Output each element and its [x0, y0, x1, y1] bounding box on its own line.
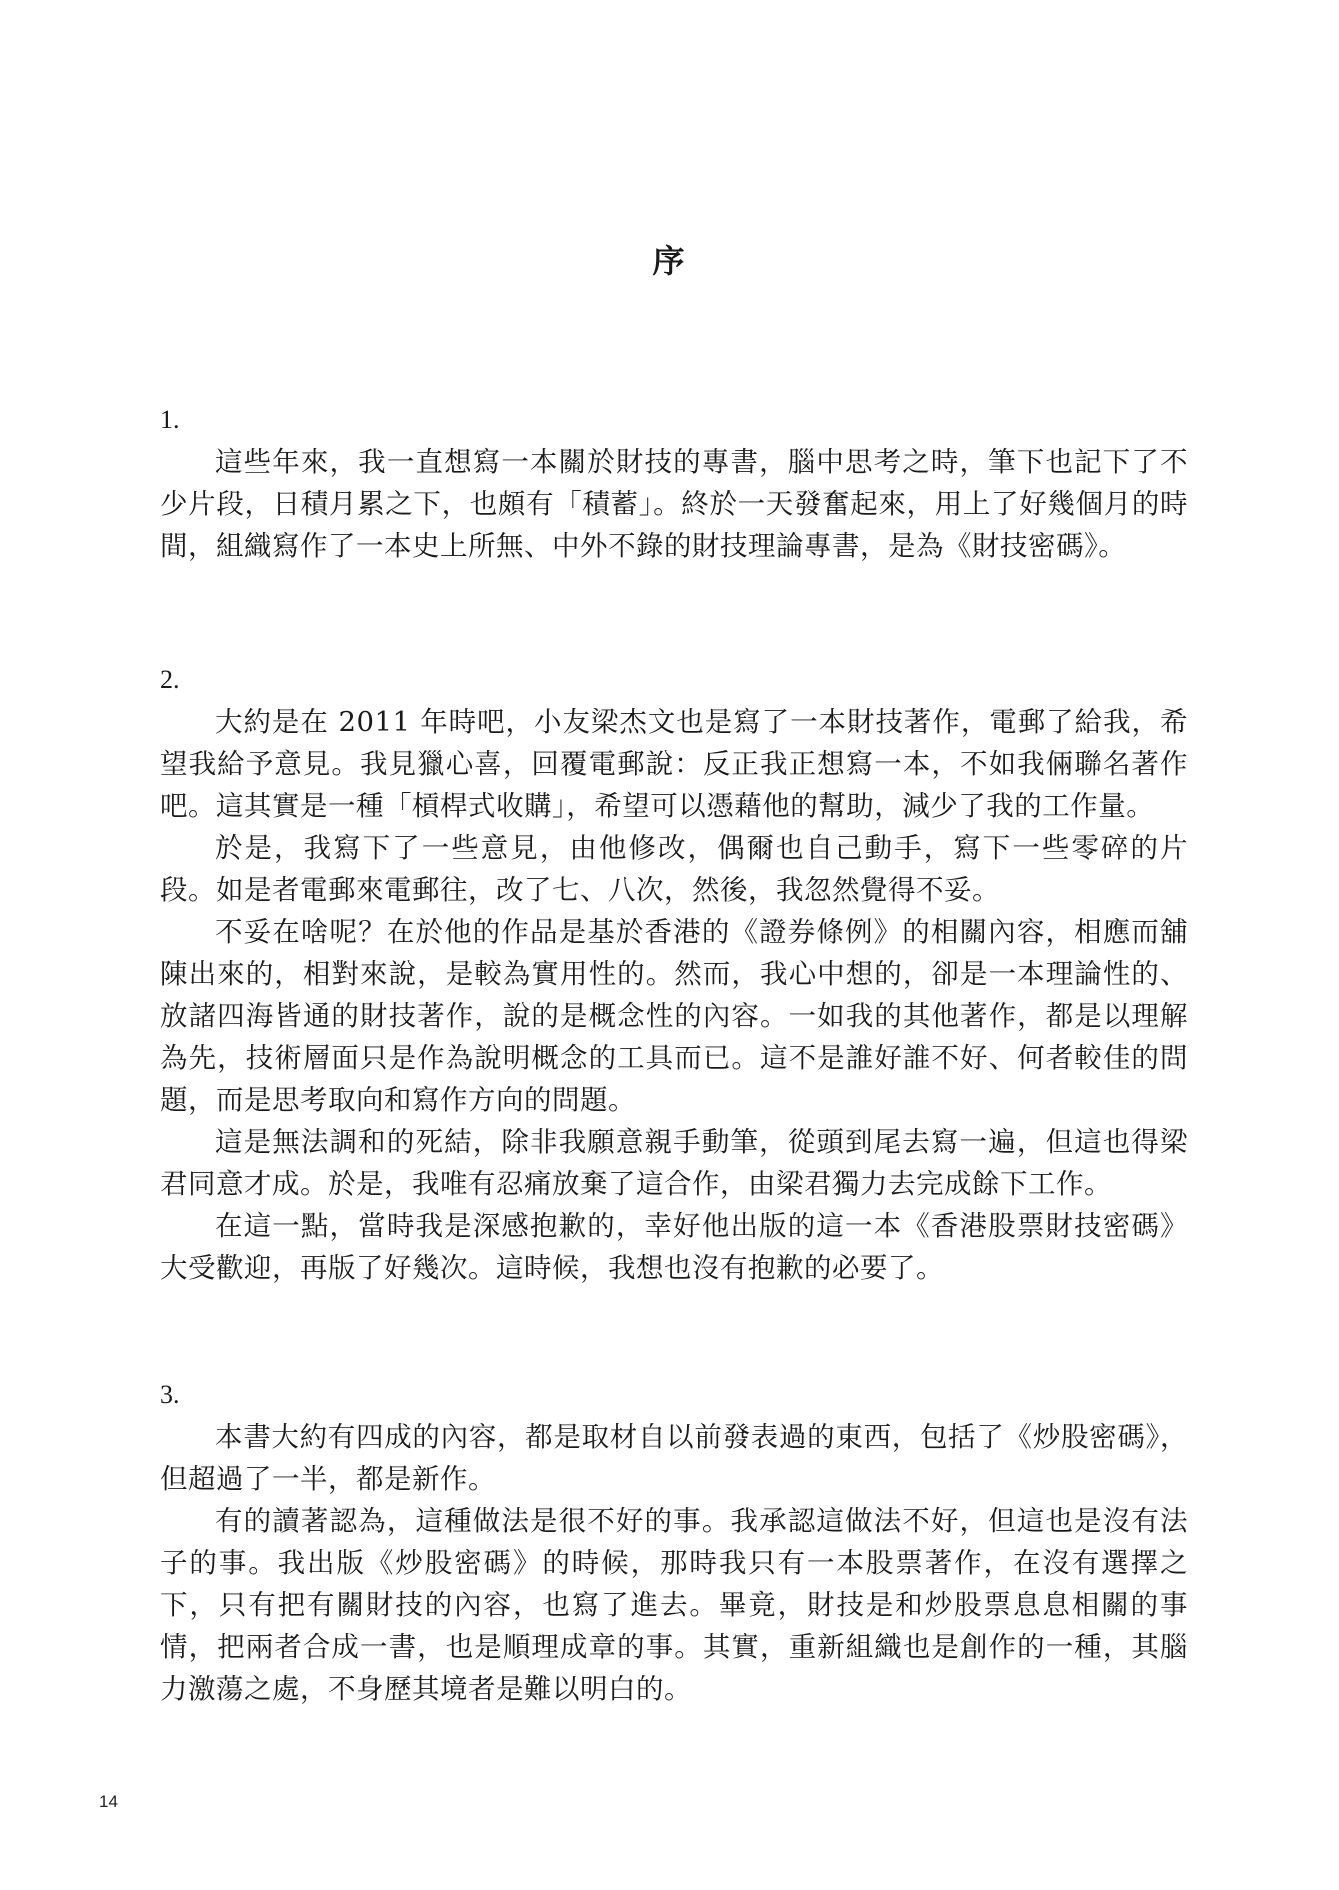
page-title: 序 [0, 236, 1339, 282]
section-2: 2. 大約是在 2011 年時吧，小友梁杰文也是寫了一本財技著作，電郵了給我，希… [160, 659, 1188, 1289]
page-number: 14 [99, 1792, 118, 1812]
paragraph: 本書大約有四成的內容，都是取材自以前發表過的東西，包括了《炒股密碼》，但超過了一… [160, 1416, 1188, 1500]
paragraph: 這是無法調和的死結，除非我願意親手動筆，從頭到尾去寫一遍，但這也得梁君同意才成。… [160, 1121, 1188, 1205]
section-number: 2. [160, 659, 1188, 701]
section-number: 3. [160, 1374, 1188, 1416]
section-1: 1. 這些年來，我一直想寫一本關於財技的專書，腦中思考之時，筆下也記下了不少片段… [160, 399, 1188, 567]
section-3: 3. 本書大約有四成的內容，都是取材自以前發表過的東西，包括了《炒股密碼》，但超… [160, 1374, 1188, 1710]
paragraph: 於是，我寫下了一些意見，由他修改，偶爾也自己動手，寫下一些零碎的片段。如是者電郵… [160, 827, 1188, 911]
paragraph: 不妥在啥呢？在於他的作品是基於香港的《證券條例》的相關內容，相應而舖陳出來的，相… [160, 911, 1188, 1121]
paragraph: 大約是在 2011 年時吧，小友梁杰文也是寫了一本財技著作，電郵了給我，希望我給… [160, 701, 1188, 827]
paragraph: 在這一點，當時我是深感抱歉的，幸好他出版的這一本《香港股票財技密碼》大受歡迎，再… [160, 1205, 1188, 1289]
paragraph: 這些年來，我一直想寫一本關於財技的專書，腦中思考之時，筆下也記下了不少片段，日積… [160, 441, 1188, 567]
section-number: 1. [160, 399, 1188, 441]
paragraph: 有的讀著認為，這種做法是很不好的事。我承認這做法不好，但這也是沒有法子的事。我出… [160, 1500, 1188, 1710]
